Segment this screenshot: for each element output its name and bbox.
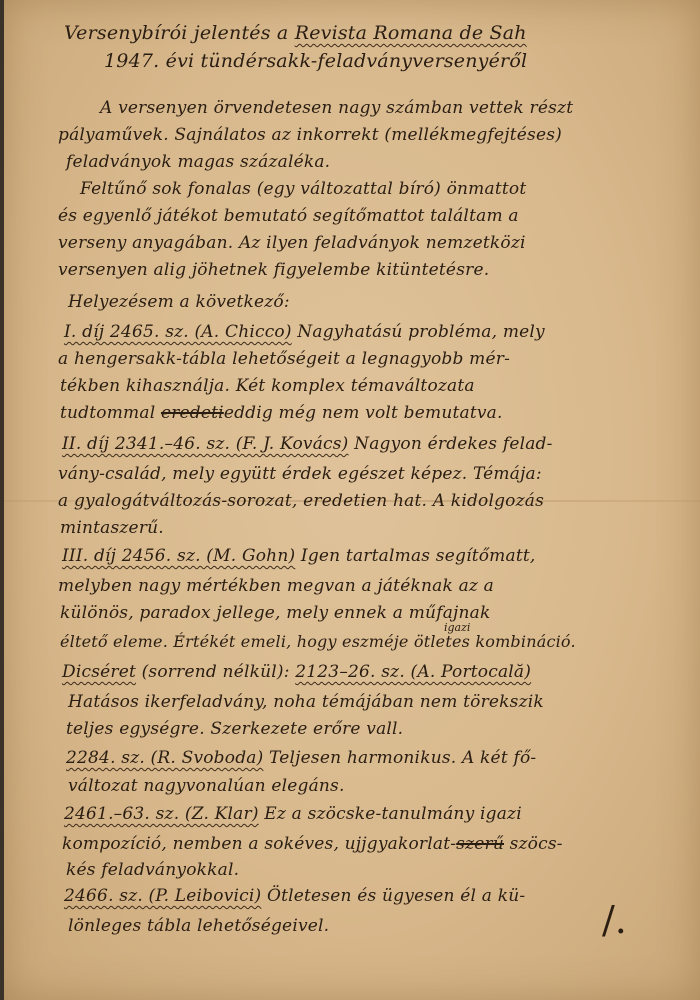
- prize-1-text: a hengersakk-tábla lehetőségeit a legnag…: [58, 349, 510, 369]
- intro-line: Feltűnő sok fonalas (egy változattal bír…: [80, 179, 526, 199]
- commendation-note: (sorrend nélkül):: [136, 662, 295, 682]
- prize-1-text: Nagyhatású probléma, mely: [292, 322, 545, 342]
- prize-1-text: tudtommal: [60, 403, 155, 423]
- prize-2-text: mintaszerű.: [60, 518, 164, 538]
- intro-line: verseny anyagában. Az ilyen feladványok …: [58, 233, 526, 253]
- prize-2-text: Nagyon érdekes felad-: [349, 434, 553, 454]
- intro-line: A versenyen örvendetesen nagy számban ve…: [100, 98, 573, 118]
- prize-3-heading: III. díj 2456. sz. (M. Gohn): [62, 546, 295, 566]
- commendation-2-number: 2284. sz. (R. Svoboda): [66, 748, 263, 768]
- commendation-1-text: teljes egységre. Szerkezete erőre vall.: [66, 719, 403, 739]
- prize-1-text-line: tudtommal eredetieddig még nem volt bemu…: [60, 403, 503, 423]
- commendation-3-text: kés feladványokkal.: [66, 860, 239, 880]
- commendation-heading: Dicséret: [62, 662, 136, 682]
- commendation-1-number: 2123–26. sz. (A. Portocală): [295, 662, 531, 682]
- commendation-4-text: lönleges tábla lehetőségeivel.: [68, 916, 329, 936]
- commendation-3-text: kompozíció, nemben a sokéves, ujjgyakorl…: [62, 834, 456, 854]
- commendation-3-number: 2461.–63. sz. (Z. Klar): [64, 804, 259, 824]
- prize-1-text: tékben kihasználja. Két komplex témavált…: [60, 376, 475, 396]
- commendation-4-number: 2466. sz. (P. Leibovici): [64, 886, 261, 906]
- commendation-2-line: 2284. sz. (R. Svoboda) Teljesen harmonik…: [66, 748, 536, 768]
- commendation-3-text: Ez a szöcske-tanulmány igazi: [259, 804, 522, 824]
- prize-1-heading: I. díj 2465. sz. (A. Chicco): [64, 322, 292, 342]
- intro-line: pályaművek. Sajnálatos az inkorrekt (mel…: [58, 125, 562, 145]
- intro-line: feladványok magas százaléka.: [66, 152, 330, 172]
- prize-1-line: I. díj 2465. sz. (A. Chicco) Nagyhatású …: [64, 322, 545, 342]
- commendation-3-text-line: kompozíció, nemben a sokéves, ujjgyakorl…: [62, 834, 563, 854]
- prize-3-text: különös, paradox jellege, mely ennek a m…: [60, 603, 490, 623]
- ranking-label: Helyezésem a következő:: [68, 292, 290, 312]
- prize-3-text: éltető eleme. Értékét emeli, hogy eszméj…: [60, 632, 576, 651]
- prize-2-line: II. díj 2341.–46. sz. (F. J. Kovács) Nag…: [62, 434, 553, 454]
- prize-3-text: melyben nagy mértékben megvan a játéknak…: [58, 576, 494, 596]
- intro-line: és egyenlő játékot bemutató segítőmattot…: [58, 206, 519, 226]
- journal-name: Revista Romana de Sah: [295, 22, 527, 44]
- prize-1-text: eddig még nem volt bemutatva.: [224, 403, 503, 423]
- commendation-4-text: Ötletesen és ügyesen él a kü-: [261, 886, 525, 906]
- commendation-2-text: Teljesen harmonikus. A két fő-: [263, 748, 536, 768]
- commendation-3-line: 2461.–63. sz. (Z. Klar) Ez a szöcske-tan…: [64, 804, 522, 824]
- prize-2-text: a gyalogátváltozás-sorozat, eredetien ha…: [58, 491, 544, 511]
- document-title-line-1: Versenybírói jelentés a Revista Romana d…: [64, 22, 527, 44]
- commendation-4-line: 2466. sz. (P. Leibovici) Ötletesen és üg…: [64, 886, 525, 906]
- commendation-1-text: Hatásos ikerfeladvány, noha témájában ne…: [68, 692, 544, 712]
- intro-line: versenyen alig jöhetnek figyelembe kitün…: [58, 260, 489, 280]
- prize-3-line: III. díj 2456. sz. (M. Gohn) Igen tartal…: [62, 546, 536, 566]
- struck-word: szerű: [456, 834, 504, 854]
- prize-3-text: Igen tartalmas segítőmatt,: [295, 546, 535, 566]
- prize-2-heading: II. díj 2341.–46. sz. (F. J. Kovács): [62, 434, 349, 454]
- closing-mark: /.: [602, 898, 627, 942]
- handwritten-letter-page: Versenybírói jelentés a Revista Romana d…: [4, 0, 700, 1000]
- document-title-line-2: 1947. évi tündérsakk-feladványversenyérő…: [104, 50, 527, 72]
- prize-2-text: vány-család, mely együtt érdek egészet k…: [58, 464, 542, 484]
- commendation-2-text: változat nagyvonalúan elegáns.: [68, 776, 345, 796]
- title-prefix: Versenybírói jelentés a: [64, 22, 295, 44]
- commendation-line: Dicséret (sorrend nélkül): 2123–26. sz. …: [62, 662, 531, 682]
- struck-word: eredeti: [161, 403, 224, 423]
- commendation-3-text: szöcs-: [504, 834, 563, 854]
